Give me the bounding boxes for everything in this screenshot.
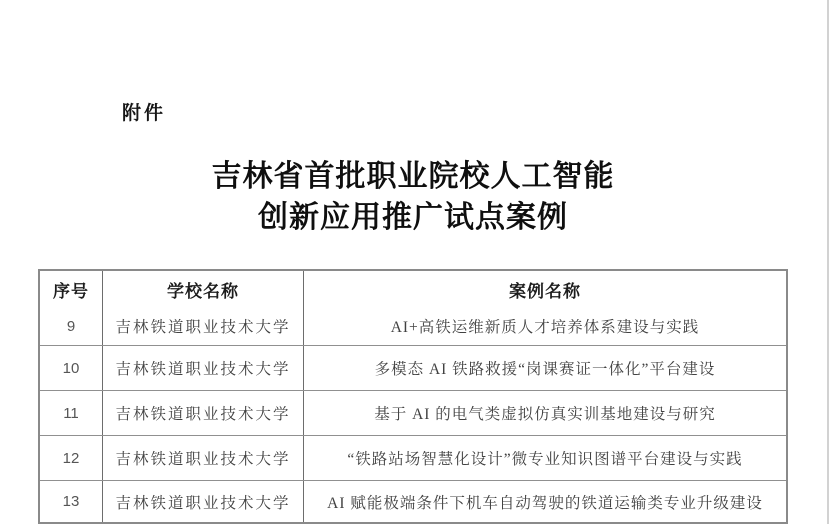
document-title-line1: 吉林省首批职业院校人工智能 (38, 156, 788, 197)
row-number: 10 (40, 346, 103, 390)
table-header-row: 序号 学校名称 案例名称 (40, 271, 786, 307)
row-school-name: 吉林铁道职业技术大学 (103, 391, 304, 435)
table-row: 10 吉林铁道职业技术大学 多模态 AI 铁路救援“岗课赛证一体化”平台建设 (40, 345, 786, 390)
row-school-name: 吉林铁道职业技术大学 (103, 481, 304, 522)
row-number: 13 (40, 481, 103, 522)
row-number: 12 (40, 436, 103, 480)
row-number: 11 (40, 391, 103, 435)
row-school-name: 吉林铁道职业技术大学 (103, 346, 304, 390)
row-case-name: 多模态 AI 铁路救援“岗课赛证一体化”平台建设 (304, 346, 786, 390)
row-school-name: 吉林铁道职业技术大学 (103, 436, 304, 480)
document-title-line2: 创新应用推广试点案例 (38, 197, 788, 238)
cases-table: 序号 学校名称 案例名称 9 吉林铁道职业技术大学 AI+高铁运维新质人才培养体… (38, 269, 788, 524)
table-row: 9 吉林铁道职业技术大学 AI+高铁运维新质人才培养体系建设与实践 (40, 307, 786, 345)
table-row: 12 吉林铁道职业技术大学 “铁路站场智慧化设计”微专业知识图谱平台建设与实践 (40, 435, 786, 480)
row-number: 9 (40, 307, 103, 345)
row-case-name: 基于 AI 的电气类虚拟仿真实训基地建设与研究 (304, 391, 786, 435)
row-school-name: 吉林铁道职业技术大学 (103, 307, 304, 345)
attachment-label: 附件 (122, 98, 166, 125)
document-title: 吉林省首批职业院校人工智能 创新应用推广试点案例 (38, 156, 788, 238)
column-header-school: 学校名称 (103, 271, 304, 307)
column-header-case: 案例名称 (304, 271, 786, 307)
column-header-number: 序号 (40, 271, 103, 307)
row-case-name: “铁路站场智慧化设计”微专业知识图谱平台建设与实践 (304, 436, 786, 480)
table-row: 13 吉林铁道职业技术大学 AI 赋能极端条件下机车自动驾驶的铁道运输类专业升级… (40, 480, 786, 522)
row-case-name: AI+高铁运维新质人才培养体系建设与实践 (304, 307, 786, 345)
table-row: 11 吉林铁道职业技术大学 基于 AI 的电气类虚拟仿真实训基地建设与研究 (40, 390, 786, 435)
row-case-name: AI 赋能极端条件下机车自动驾驶的铁道运输类专业升级建设 (304, 481, 786, 522)
scanned-page-edge (827, 0, 829, 524)
